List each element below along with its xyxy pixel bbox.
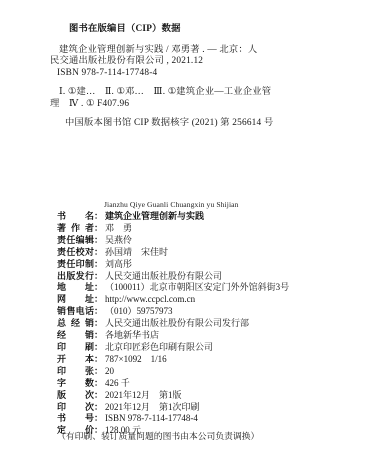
row-colon: ： [94,390,103,402]
row-colon: ： [94,306,103,318]
colophon-row: 出版发行 ： 人民交通出版社股份有限公司 [57,271,332,283]
row-label: 书号 [57,413,94,425]
colophon-row: 责任印制 ： 刘高彤 [57,259,332,271]
colophon-row: 印刷 ： 北京印匠彩色印刷有限公司 [57,342,332,354]
row-label: 地址 [57,282,94,294]
row-label: 版次 [57,390,94,402]
row-label: 责任印制 [57,259,94,271]
row-colon: ： [94,342,103,354]
row-value: 孙国靖 宋佳时 [105,247,168,259]
colophon-row: 著作者 ： 邓 勇 [57,223,332,235]
colophon-block: Jianzhu Qiye Guanli Chuangxin yu Shijian… [57,200,332,437]
cip-heading: 图书在版编目（CIP）数据 [69,24,336,36]
row-value: 吴燕伶 [105,235,132,247]
row-colon: ： [94,318,103,330]
colophon-row: 书名 ： 建筑企业管理创新与实践 [57,211,332,223]
row-label: 总经销 [57,318,94,330]
row-value: http://www.ccpcl.com.cn [105,294,195,306]
row-colon: ： [94,247,103,259]
row-value: 建筑企业管理创新与实践 [105,211,204,223]
row-value: 2021年12月 第1次印刷 [105,402,200,414]
colophon-row: 经销 ： 各地新华书店 [57,330,332,342]
row-label: 销售电话 [57,306,94,318]
row-label: 书名 [57,211,94,223]
row-colon: ： [94,223,103,235]
row-value: 人民交通出版社股份有限公司发行部 [105,318,249,330]
row-value: 20 [105,366,114,378]
row-label: 印刷 [57,342,94,354]
row-colon: ： [94,366,103,378]
colophon-row: 字数 ： 426 千 [57,378,332,390]
colophon-rows: 书名 ： 建筑企业管理创新与实践 著作者 ： 邓 勇 责任编辑 ： 吴燕伶 责任… [57,211,332,437]
row-value: 426 千 [105,378,130,390]
row-label: 印张 [57,366,94,378]
cip-data-block: 图书在版编目（CIP）数据 建筑企业管理创新与实践 / 邓勇著 . — 北京：人… [50,24,336,129]
colophon-row: 书号 ： ISBN 978-7-114-17748-4 [57,413,332,425]
row-colon: ： [94,354,103,366]
row-value: （100011）北京市朝阳区安定门外外馆斜街3号 [105,282,289,294]
row-colon: ： [94,402,103,414]
row-label: 著作者 [57,223,94,235]
row-colon: ： [94,294,103,306]
colophon-row: 责任编辑 ： 吴燕伶 [57,235,332,247]
row-label: 网址 [57,294,94,306]
row-colon: ： [94,211,103,223]
row-value: ISBN 978-7-114-17748-4 [105,413,198,425]
row-value: 刘高彤 [105,259,132,271]
row-value: 人民交通出版社股份有限公司 [105,271,222,283]
row-value: 邓 勇 [105,223,132,235]
row-value: 北京印匠彩色印刷有限公司 [105,342,213,354]
row-colon: ： [94,282,103,294]
colophon-row: 开本 ： 787×1092 1/16 [57,354,332,366]
row-label: 开本 [57,354,94,366]
colophon-row: 总经销 ： 人民交通出版社股份有限公司发行部 [57,318,332,330]
row-value: （010）59757973 [105,306,173,318]
row-colon: ： [94,413,103,425]
cip-classification-line: Ⅰ. ①建… Ⅱ. ①邓… Ⅲ. ①建筑企业—工业企业管 [59,87,336,99]
colophon-row: 版次 ： 2021年12月 第1版 [57,390,332,402]
colophon-row: 网址 ： http://www.ccpcl.com.cn [57,294,332,306]
cip-classification-line-2: 理 Ⅳ . ① F407.96 [50,99,336,111]
row-value: 各地新华书店 [105,330,159,342]
cip-isbn-line: ISBN 978-7-114-17748-4 [57,68,336,80]
row-value: 787×1092 1/16 [105,354,167,366]
colophon-row: 销售电话 ： （010）59757973 [57,306,332,318]
row-label: 出版发行 [57,271,94,283]
cip-publisher-line: 民交通出版社股份有限公司 , 2021.12 [50,56,336,68]
colophon-row: 印次 ： 2021年12月 第1次印刷 [57,402,332,414]
copyright-page: 图书在版编目（CIP）数据 建筑企业管理创新与实践 / 邓勇著 . — 北京：人… [0,0,375,461]
colophon-row: 印张 ： 20 [57,366,332,378]
row-value: 2021年12月 第1版 [105,390,182,402]
row-colon: ： [94,330,103,342]
cip-record-number-line: 中国版本图书馆 CIP 数据核字 (2021) 第 256614 号 [65,118,336,130]
row-label: 经销 [57,330,94,342]
row-label: 印次 [57,402,94,414]
colophon-row: 责任校对 ： 孙国靖 宋佳时 [57,247,332,259]
row-colon: ： [94,259,103,271]
row-label: 字数 [57,378,94,390]
cip-title-line: 建筑企业管理创新与实践 / 邓勇著 . — 北京：人 [59,45,336,57]
row-colon: ： [94,271,103,283]
row-colon: ： [94,378,103,390]
title-pinyin: Jianzhu Qiye Guanli Chuangxin yu Shijian [104,200,332,209]
row-label: 责任编辑 [57,235,94,247]
row-colon: ： [94,235,103,247]
quality-exchange-note: （有印刷、装订质量问题的图书由本公司负责调换） [57,431,259,442]
row-label: 责任校对 [57,247,94,259]
colophon-row: 地址 ： （100011）北京市朝阳区安定门外外馆斜街3号 [57,282,332,294]
